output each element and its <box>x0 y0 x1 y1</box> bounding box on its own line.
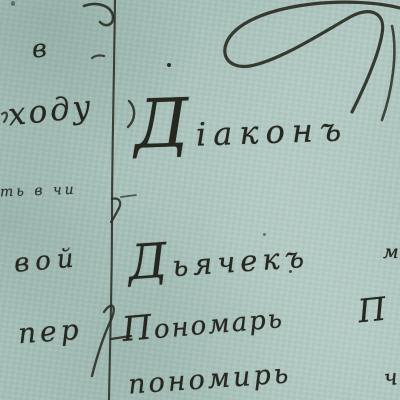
entry-dyachek: Дьячекъ <box>127 228 311 288</box>
column-rule-line <box>109 0 115 400</box>
comma-left-edge <box>2 113 7 122</box>
left-fragment-v: в <box>31 36 47 62</box>
left-fragment-khodu: ходу <box>7 92 96 132</box>
entry-ponomir-trailing-letter: ч <box>383 367 399 390</box>
scanned-register-page: в ходу ть в чи вой пер Діаконъ Дьячекъ м… <box>0 0 400 400</box>
top-flourish-stroke <box>84 4 113 25</box>
left-fragment-per: пер <box>17 316 83 348</box>
paren-on-rule <box>111 199 120 222</box>
entry-ponomir: пономирь <box>127 360 292 398</box>
entry-dyachek-trailing-letter: м <box>383 243 399 262</box>
top-right-flourish-tail <box>382 26 394 120</box>
per-letter-flourish <box>92 306 114 376</box>
left-fragment-interlinear: ть в чи <box>0 183 77 200</box>
dash-after-v <box>92 55 104 58</box>
ink-speck <box>167 63 171 67</box>
dash-right-of-rule <box>121 195 136 197</box>
entry-ponomar-trailing-P: П <box>356 293 387 328</box>
left-fragment-voy: вой <box>13 245 81 277</box>
ink-speck <box>11 1 15 6</box>
entry-deacon: Діаконъ <box>133 84 349 159</box>
entry-ponomar: Пономарь <box>121 299 285 347</box>
